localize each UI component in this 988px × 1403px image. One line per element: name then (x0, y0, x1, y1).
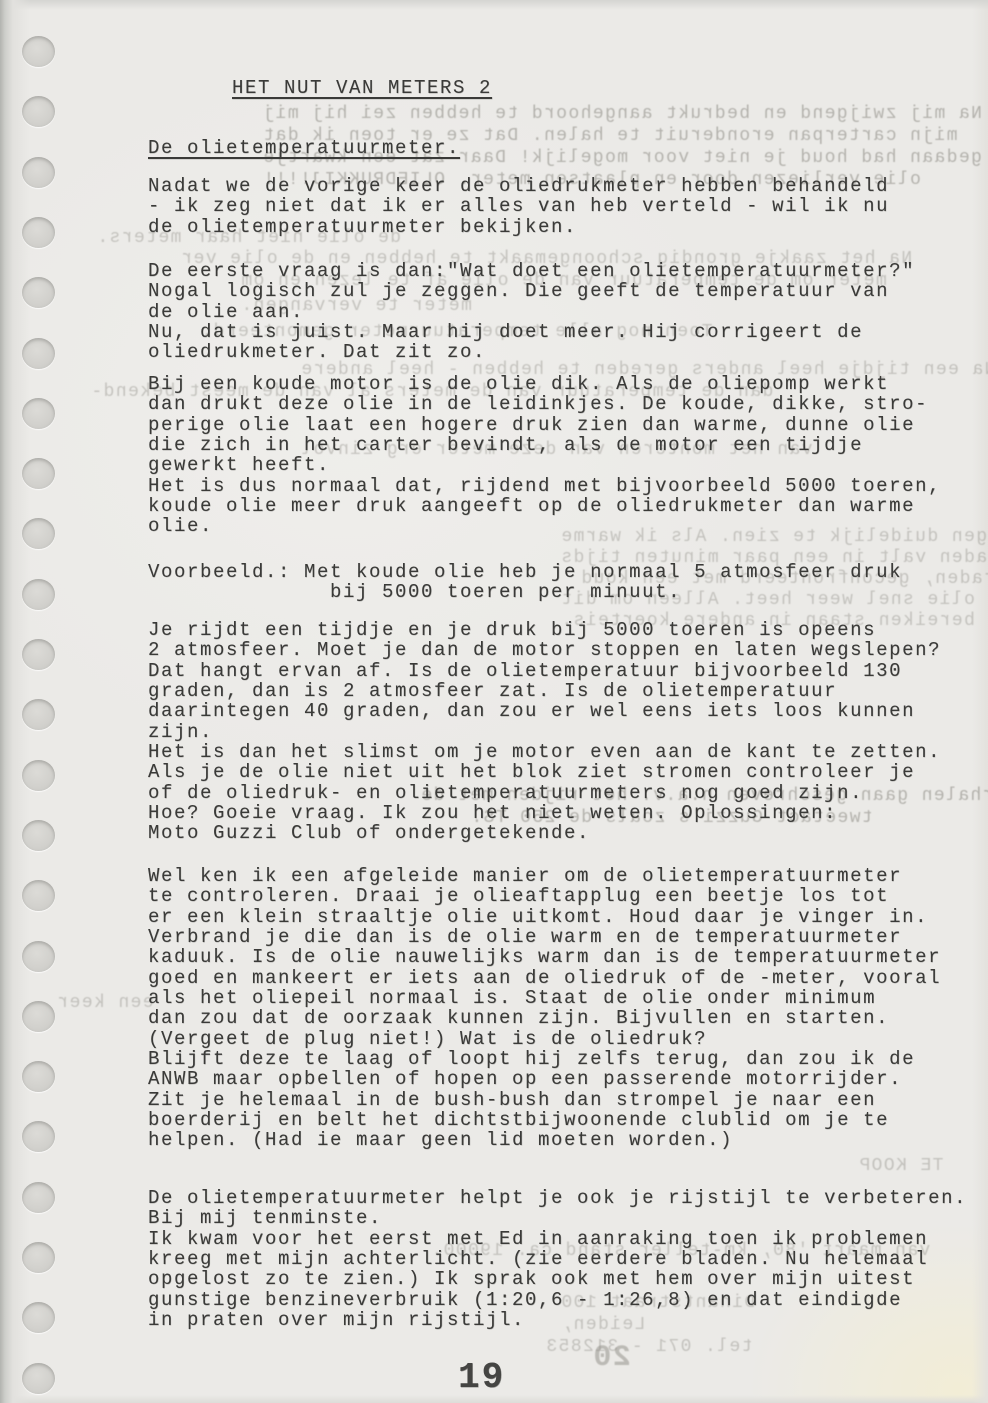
binder-hole (22, 36, 55, 67)
paragraph-first-question: De eerste vraag is dan:"Wat doet een oli… (148, 261, 915, 363)
binder-hole (22, 1182, 55, 1213)
binder-hole (22, 820, 55, 851)
binder-hole (22, 1363, 55, 1394)
paragraph-pressure-drop: Je rijdt een tijdje en je druk bij 5000 … (148, 620, 941, 844)
page-number: 19 (458, 1368, 505, 1388)
paragraph-riding-style: De olietemperatuurmeter helpt je ook je … (148, 1188, 967, 1330)
binder-hole (22, 880, 55, 911)
binder-hole (22, 217, 55, 248)
scanned-page: Na mij zwijgend en bedrukt aangehoord te… (0, 0, 988, 1403)
binder-hole (22, 579, 55, 610)
section-heading: De olietemperatuurmeter. (148, 138, 460, 158)
binder-hole (22, 458, 55, 489)
paragraph-cold-engine: Bij een koude motor is de olie dik. Als … (148, 374, 941, 537)
binder-hole (22, 277, 55, 308)
binder-hole (22, 338, 55, 369)
page-title: HET NUT VAN METERS 2 (232, 78, 492, 98)
binder-hole (22, 157, 55, 188)
paragraph-check-method: Wel ken ik een afgeleide manier om de ol… (148, 866, 941, 1151)
paragraph-example: Voorbeeld.: Met koude olie heb je normaa… (148, 562, 902, 603)
paragraph-intro: Nadat we de vorige keer de oliedrukmeter… (148, 176, 889, 237)
binder-hole (22, 941, 55, 972)
binder-hole (22, 1061, 55, 1092)
binder-hole (22, 398, 55, 429)
binder-hole (22, 639, 55, 670)
binder-hole (22, 1001, 55, 1032)
binder-hole (22, 760, 55, 791)
binder-hole (22, 1242, 55, 1273)
document-text: HET NUT VAN METERS 2 De olietemperatuurm… (0, 0, 988, 1403)
